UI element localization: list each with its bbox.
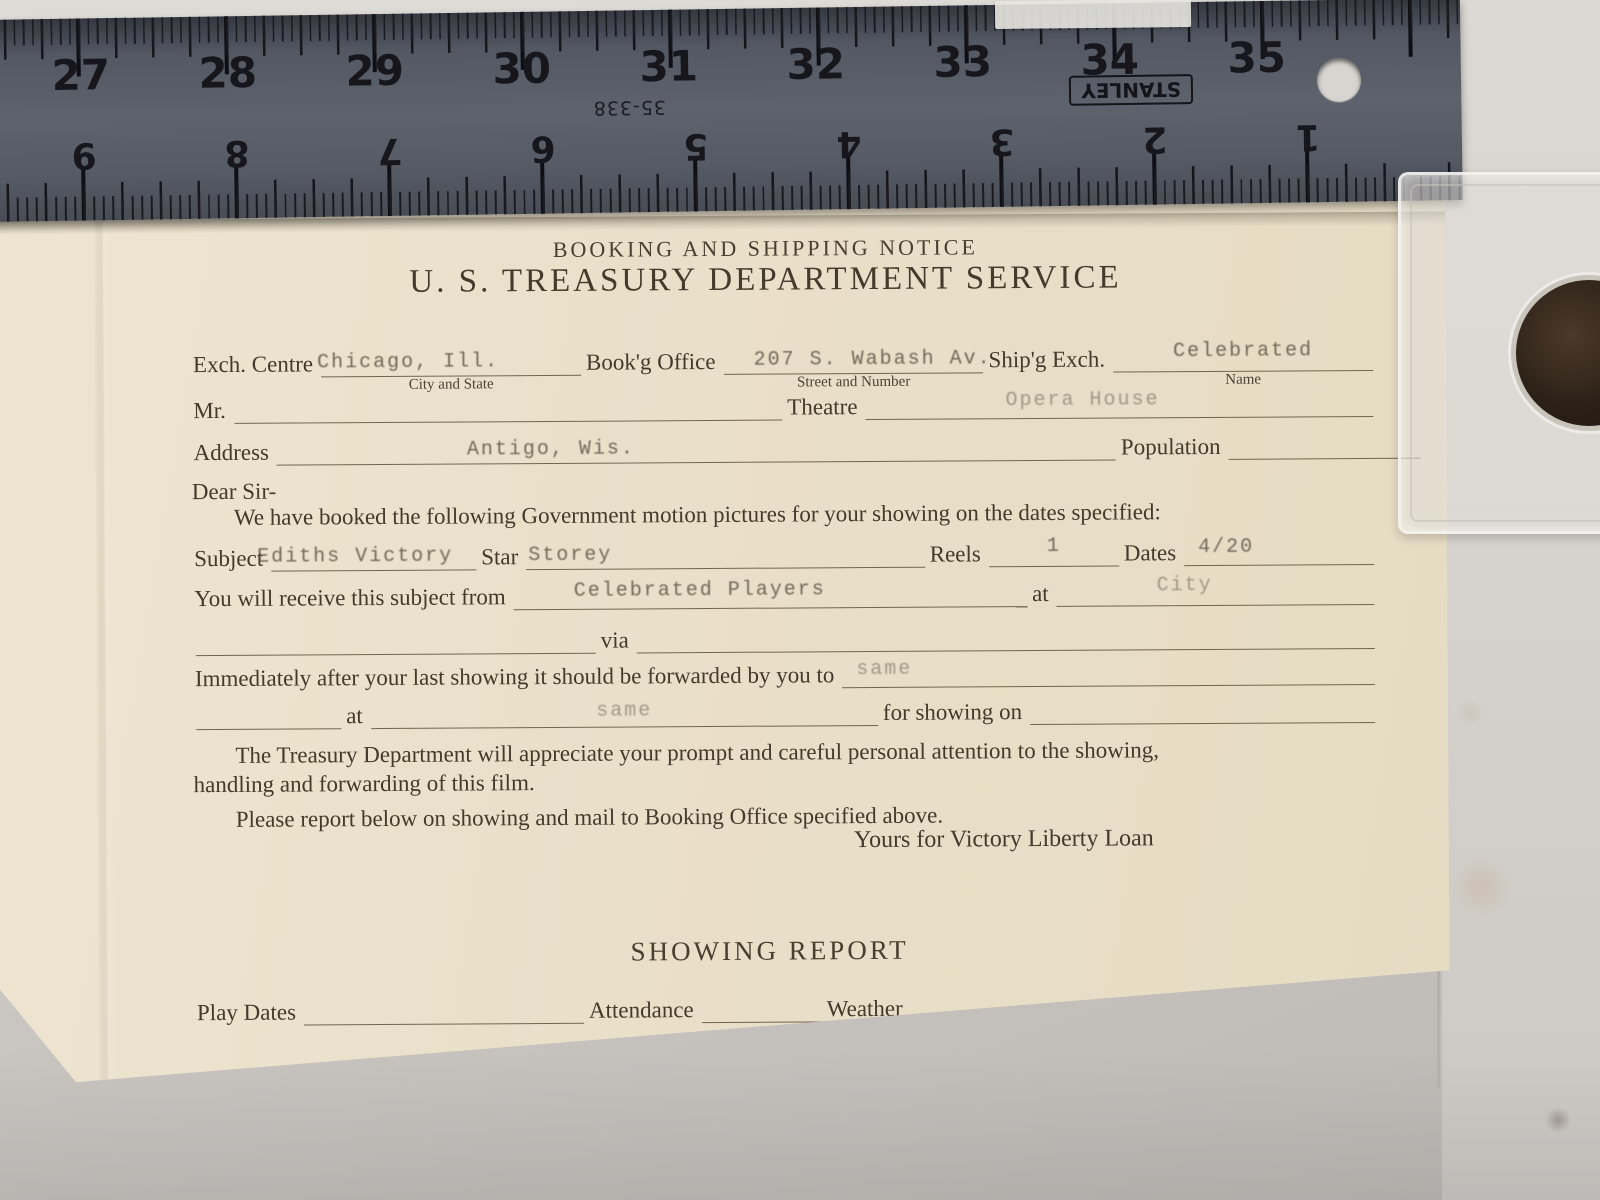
row-forward: Immediately after your last showing it s… <box>193 658 1378 692</box>
play-dates-label: Play Dates <box>195 1000 301 1027</box>
ruler-model-number: 35-338 <box>593 96 667 119</box>
shipg-exch-label: Ship'g Exch. <box>986 347 1110 374</box>
forward-at-value: same <box>596 699 652 722</box>
population-line <box>1228 432 1420 460</box>
attendance-line <box>702 995 822 1023</box>
ruler-hang-hole <box>1317 58 1362 103</box>
forward-to-line: same <box>842 658 1375 688</box>
receive-at-line: City <box>1057 578 1375 607</box>
theatre-label: Theatre <box>785 394 862 420</box>
shipg-exch-value: Celebrated <box>1173 339 1313 363</box>
paragraph1: The Treasury Department will appreciate … <box>193 734 1378 799</box>
via-line <box>637 622 1375 654</box>
star-label: Star <box>479 544 523 570</box>
via-pre-line <box>196 627 596 656</box>
forward-at-label: at <box>344 703 368 729</box>
theatre-line: Opera House <box>865 390 1373 420</box>
reels-label: Reels <box>928 541 986 567</box>
reels-line: 1 <box>989 540 1119 568</box>
ruler-inch-number-inverted: 6 <box>530 127 556 168</box>
theatre-value: Opera House <box>1005 388 1159 412</box>
service-title: U. S. TREASURY DEPARTMENT SERVICE <box>165 258 1365 302</box>
bookg-office-sublabel: Street and Number <box>724 373 984 392</box>
row-showing-report: Play Dates Attendance Weather <box>195 993 1145 1026</box>
bookg-office-label: Book'g Office <box>584 349 721 376</box>
row-subject: Subject Ediths Victory Star Storey Reels… <box>192 538 1377 572</box>
forward-at-line: same <box>371 699 878 729</box>
plastic-case <box>1398 172 1600 534</box>
star-line: Storey <box>526 541 925 570</box>
paper-stain <box>1545 1108 1571 1132</box>
row-mr-theatre: Mr. Theatre Opera House <box>191 390 1376 424</box>
ruler-inch-number-inverted: 9 <box>71 134 97 175</box>
receive-from-label: You will receive this subject from <box>192 584 510 612</box>
row-exchange: Exch. Centre Chicago, Ill. City and Stat… <box>191 344 1376 378</box>
for-showing-on-label: for showing on <box>881 699 1027 726</box>
stanley-ruler: 272829303132333435 987654321 35-338 STAN… <box>0 0 1463 222</box>
intro-line: We have booked the following Government … <box>192 496 1377 532</box>
ruler-inch-number: 33 <box>933 37 992 87</box>
bookg-office-value: 207 S. Wabash Av. <box>753 347 991 371</box>
receive-from-value: Celebrated Players <box>574 578 826 603</box>
photo-stage: BOOKING AND SHIPPING NOTICE U. S. TREASU… <box>0 0 1600 1200</box>
shipg-exch-sublabel: Name <box>1113 371 1373 390</box>
play-dates-line <box>304 997 584 1026</box>
exch-centre-label: Exch. Centre <box>191 351 318 378</box>
exch-centre-value: Chicago, Ill. <box>317 350 499 374</box>
forward-to-label: Immediately after your last showing it s… <box>193 662 840 692</box>
shipg-exch-line: Celebrated Name <box>1113 344 1373 373</box>
receive-at-label: at <box>1030 581 1054 607</box>
mr-line <box>234 394 783 424</box>
address-value: Antigo, Wis. <box>467 437 635 461</box>
star-value: Storey <box>528 544 612 568</box>
ruler-inch-number-inverted: 7 <box>377 130 403 171</box>
ruler-inch-number-inverted: 5 <box>683 125 709 166</box>
ruler-inch-number: 27 <box>51 50 110 100</box>
bookg-office-line: 207 S. Wabash Av. Street and Number <box>723 346 983 375</box>
exch-centre-sublabel: City and State <box>321 376 581 395</box>
weather-label: Weather <box>825 996 908 1023</box>
ruler-inch-number: 29 <box>345 46 404 96</box>
dates-value: 4/20 <box>1198 536 1254 559</box>
address-line: Antigo, Wis. <box>277 434 1116 466</box>
ruler-inch-number-inverted: 1 <box>1295 116 1321 157</box>
ruler-brand-logo: STANLEY <box>1069 74 1193 106</box>
paragraph1-line2: handling and forwarding of this film. <box>193 770 534 797</box>
population-label: Population <box>1119 434 1226 461</box>
ruler-inch-number-inverted: 3 <box>989 121 1015 162</box>
exch-centre-line: Chicago, Ill. City and State <box>321 349 581 378</box>
row-via: via <box>193 622 1378 656</box>
ruler-inch-number: 32 <box>786 39 845 89</box>
ruler-inch-number: 35 <box>1227 33 1286 83</box>
forward-to-value: same <box>856 658 912 681</box>
receive-from-line: Celebrated Players <box>514 580 1027 610</box>
ruler-inch-number: 31 <box>639 41 698 91</box>
subject-line: Ediths Victory <box>271 543 476 571</box>
subject-value: Ediths Victory <box>257 545 453 569</box>
ruler-inch-number-inverted: 8 <box>224 132 250 173</box>
reels-value: 1 <box>1047 535 1061 558</box>
dates-line: 4/20 <box>1184 538 1374 566</box>
background-bottom-shadow <box>0 1050 1600 1200</box>
ruler-inch-number-inverted: 2 <box>1142 118 1168 159</box>
receive-at-value: City <box>1157 574 1213 597</box>
ruler-inch-number: 30 <box>492 44 551 94</box>
dates-label: Dates <box>1122 540 1182 566</box>
attendance-label: Attendance <box>587 997 699 1024</box>
ruler-inch-number: 28 <box>198 48 257 98</box>
mr-label: Mr. <box>191 398 231 424</box>
treasury-booking-form: BOOKING AND SHIPPING NOTICE U. S. TREASU… <box>0 194 1450 1103</box>
row-receive: You will receive this subject from Celeb… <box>192 578 1377 612</box>
tape-piece <box>995 0 1191 29</box>
row-forward-at: at same for showing on <box>193 696 1378 730</box>
forward-at-pre-line <box>196 702 341 730</box>
paper-stain <box>1450 855 1514 919</box>
via-label: via <box>599 627 634 653</box>
row-address: Address Antigo, Wis. Population <box>191 432 1423 467</box>
address-label: Address <box>191 440 274 467</box>
for-showing-on-line <box>1030 696 1375 725</box>
ruler-inch-number-inverted: 4 <box>836 123 862 164</box>
weather-line <box>911 994 1111 1022</box>
paper-stain <box>1455 700 1485 726</box>
closing-line: Yours for Victory Liberty Loan <box>794 825 1214 855</box>
showing-report-title: SHOWING REPORT <box>170 932 1370 970</box>
paragraph1-line1: The Treasury Department will appreciate … <box>235 737 1159 768</box>
